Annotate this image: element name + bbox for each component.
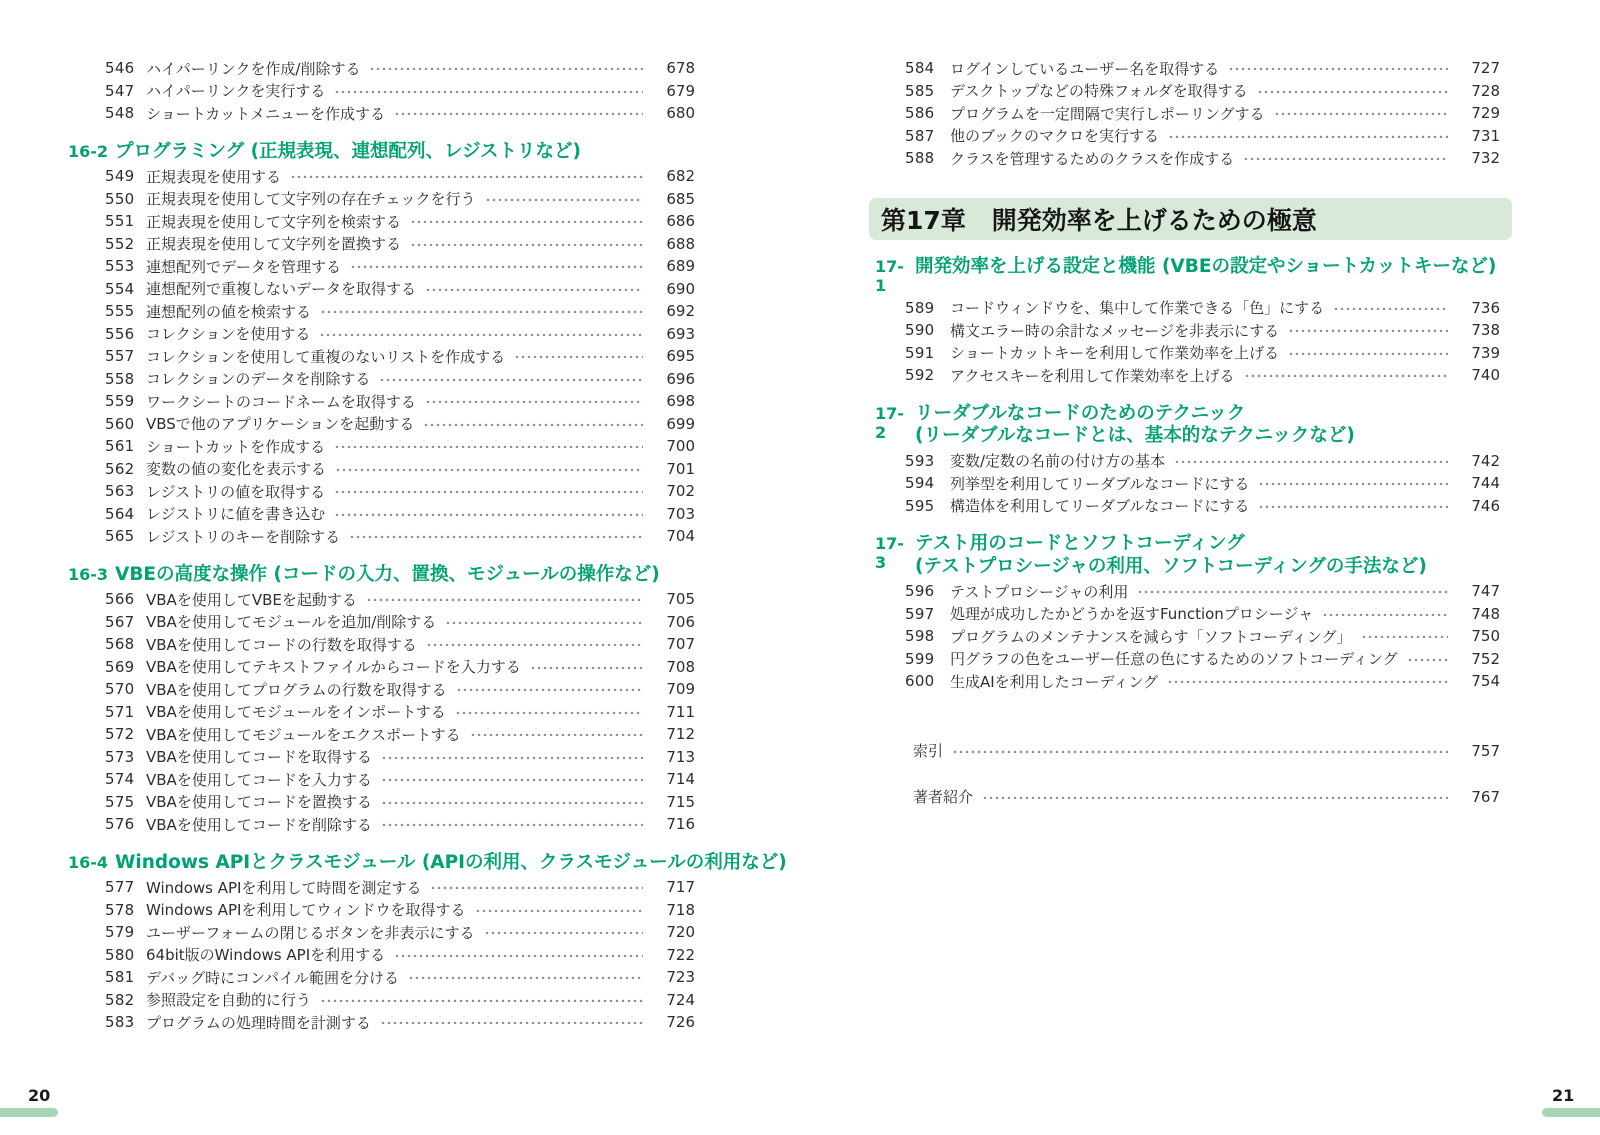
- entry-number: 592: [905, 366, 950, 384]
- toc-entry: 561ショートカットを作成する700: [68, 435, 695, 458]
- toc-left-column: 546ハイパーリンクを作成/削除する678547ハイパーリンクを実行する6795…: [68, 57, 695, 1034]
- toc-entry: 548ショートカットメニューを作成する680: [68, 102, 695, 125]
- toc-entry-group: 566VBAを使用してVBEを起動する705567VBAを使用してモジュールを追…: [68, 588, 695, 836]
- toc-entry: 583プログラムの処理時間を計測する726: [68, 1011, 695, 1034]
- entry-title: 円グラフの色をユーザー任意の色にするためのソフトコーディング: [950, 648, 1398, 669]
- entry-title: ショートカットキーを利用して作業効率を上げる: [950, 342, 1279, 363]
- toc-entry-group: 549正規表現を使用する682550正規表現を使用して文字列の存在チェックを行う…: [68, 165, 695, 548]
- entry-page-number: 707: [653, 635, 695, 653]
- dot-leader: [381, 755, 643, 759]
- entry-number: 583: [105, 1013, 146, 1031]
- entry-page-number: 690: [653, 280, 695, 298]
- entry-title: 正規表現を使用して文字列を置換する: [146, 233, 401, 254]
- toc-entry: 577Windows APIを利用して時間を測定する717: [68, 876, 695, 899]
- entry-title: VBAを使用してコードを入力する: [146, 769, 372, 790]
- dot-leader: [410, 219, 643, 223]
- entry-number: 550: [105, 190, 146, 208]
- entry-number: 579: [105, 923, 146, 941]
- entry-page-number: 718: [653, 901, 695, 919]
- entry-title: 連想配列の値を検索する: [146, 301, 311, 322]
- dot-leader: [380, 1020, 643, 1024]
- toc-entry: 590構文エラー時の余計なメッセージを非表示にする738: [875, 319, 1500, 342]
- toc-entry: 593変数/定数の名前の付け方の基本742: [875, 450, 1500, 473]
- entry-title: 変数の値の変化を表示する: [146, 458, 326, 479]
- entry-page-number: 715: [653, 793, 695, 811]
- entry-title: 連想配列で重複しないデータを取得する: [146, 278, 416, 299]
- page-number-right: 21: [1552, 1086, 1574, 1105]
- entry-page-number: 720: [653, 923, 695, 941]
- entry-number: 549: [105, 167, 146, 185]
- entry-number: 554: [105, 280, 146, 298]
- dot-leader: [1288, 328, 1448, 332]
- dot-leader: [445, 620, 643, 624]
- entry-page-number: 727: [1458, 59, 1500, 77]
- entry-page-number: 708: [653, 658, 695, 676]
- dot-leader: [1243, 156, 1448, 160]
- toc-entry: 556コレクションを使用する693: [68, 323, 695, 346]
- entry-page-number: 685: [653, 190, 695, 208]
- toc-entry: 589コードウィンドウを、集中して作業できる「色」にする736: [875, 297, 1500, 320]
- section-number: 16-3: [68, 565, 115, 584]
- entry-page-number: 705: [653, 590, 695, 608]
- toc-entry: 558コレクションのデータを削除する696: [68, 368, 695, 391]
- toc-entry: 573VBAを使用してコードを取得する713: [68, 746, 695, 769]
- toc-entry: 588クラスを管理するためのクラスを作成する732: [875, 147, 1500, 170]
- dot-leader: [455, 710, 643, 714]
- entry-page-number: 699: [653, 415, 695, 433]
- toc-entry: 600生成AIを利用したコーディング754: [875, 670, 1500, 693]
- entry-number: 573: [105, 748, 146, 766]
- toc-entry: 586プログラムを一定間隔で実行しポーリングする729: [875, 102, 1500, 125]
- entry-title: 連想配列でデータを管理する: [146, 256, 341, 277]
- entry-title: アクセスキーを利用して作業効率を上げる: [950, 365, 1235, 386]
- entry-page-number: 695: [653, 347, 695, 365]
- section-heading: 17-3テスト用のコードとソフトコーディング(テストプロシージャの利用、ソフトコ…: [875, 533, 1500, 578]
- entry-number: 593: [905, 452, 950, 470]
- dot-leader: [475, 908, 643, 912]
- entry-title: ログインしているユーザー名を取得する: [950, 58, 1219, 79]
- entry-title: VBSで他のアプリケーションを起動する: [146, 413, 414, 434]
- dot-leader: [514, 354, 643, 358]
- backmatter-page-number: 767: [1458, 788, 1500, 806]
- toc-entry: 579ユーザーフォームの閉じるボタンを非表示にする720: [68, 921, 695, 944]
- entry-page-number: 739: [1458, 344, 1500, 362]
- toc-entry: 546ハイパーリンクを作成/削除する678: [68, 57, 695, 80]
- backmatter-title: 著者紹介: [913, 786, 973, 807]
- entry-number: 556: [105, 325, 146, 343]
- entry-title: コードウィンドウを、集中して作業できる「色」にする: [950, 297, 1324, 318]
- chapter-title: 開発効率を上げるための極意: [992, 201, 1317, 237]
- entry-title: VBAを使用してモジュールを追加/削除する: [146, 611, 436, 632]
- toc-entry: 599円グラフの色をユーザー任意の色にするためのソフトコーディング752: [875, 648, 1500, 671]
- toc-entry: 551正規表現を使用して文字列を検索する686: [68, 210, 695, 233]
- page-corner-bar-right: [1542, 1108, 1600, 1117]
- entry-title: プログラムを一定間隔で実行しポーリングする: [950, 103, 1265, 124]
- toc-entry: 557コレクションを使用して重複のないリストを作成する695: [68, 345, 695, 368]
- section-title: VBEの高度な操作 (コードの入力、置換、モジュールの操作など): [115, 564, 660, 587]
- dot-leader: [1168, 134, 1448, 138]
- entry-title: VBAを使用してプログラムの行数を取得する: [146, 679, 447, 700]
- entry-page-number: 728: [1458, 82, 1500, 100]
- toc-right-column: 584ログインしているユーザー名を取得する727585デスクトップなどの特殊フォ…: [875, 57, 1500, 808]
- backmatter-title: 索引: [913, 740, 943, 761]
- dot-leader: [1228, 66, 1448, 70]
- entry-page-number: 748: [1458, 605, 1500, 623]
- entry-title: VBAを使用してコードを削除する: [146, 814, 372, 835]
- entry-page-number: 754: [1458, 672, 1500, 690]
- section-title-line: 開発効率を上げる設定と機能 (VBEの設定やショートカットキーなど): [915, 256, 1496, 279]
- entry-title: テストプロシージャの利用: [950, 581, 1128, 602]
- dot-leader: [410, 242, 643, 246]
- dot-leader: [394, 953, 643, 957]
- toc-entry: 575VBAを使用してコードを置換する715: [68, 791, 695, 814]
- entry-title: 構文エラー時の余計なメッセージを非表示にする: [950, 320, 1279, 341]
- dot-leader: [1258, 504, 1448, 508]
- entry-page-number: 717: [653, 878, 695, 896]
- entry-page-number: 686: [653, 212, 695, 230]
- dot-leader: [379, 377, 643, 381]
- entry-number: 582: [105, 991, 146, 1009]
- entry-page-number: 700: [653, 437, 695, 455]
- chapter-heading: 第17章開発効率を上げるための極意: [869, 198, 1512, 240]
- dot-leader: [1174, 459, 1448, 463]
- dot-leader: [350, 264, 643, 268]
- dot-leader: [982, 795, 1448, 799]
- toc-entry: 565レジストリのキーを削除する704: [68, 525, 695, 548]
- entry-title: ハイパーリンクを実行する: [146, 80, 325, 101]
- entry-title: ショートカットメニューを作成する: [146, 103, 385, 124]
- dot-leader: [349, 534, 643, 538]
- entry-number: 566: [105, 590, 146, 608]
- entry-number: 557: [105, 347, 146, 365]
- entry-title: コレクションを使用する: [146, 323, 310, 344]
- entry-number: 548: [105, 104, 146, 122]
- entry-title: デバッグ時にコンパイル範囲を分ける: [146, 967, 399, 988]
- section-number: 16-2: [68, 142, 115, 161]
- entry-page-number: 742: [1458, 452, 1500, 470]
- dot-leader: [1244, 373, 1448, 377]
- entry-number: 591: [905, 344, 950, 362]
- entry-number: 576: [105, 815, 146, 833]
- toc-entry: 552正規表現を使用して文字列を置換する688: [68, 233, 695, 256]
- entry-page-number: 722: [653, 946, 695, 964]
- backmatter-group: 索引757著者紹介767: [875, 740, 1500, 809]
- entry-number: 547: [105, 82, 146, 100]
- entry-page-number: 688: [653, 235, 695, 253]
- entry-number: 599: [905, 650, 950, 668]
- entry-title: 処理が成功したかどうかを返すFunctionプロシージャ: [950, 603, 1313, 624]
- entry-title: プログラムのメンテナンスを減らす「ソフトコーディング」: [950, 626, 1352, 647]
- entry-page-number: 750: [1458, 627, 1500, 645]
- dot-leader: [1288, 351, 1448, 355]
- toc-entry: 566VBAを使用してVBEを起動する705: [68, 588, 695, 611]
- entry-number: 565: [105, 527, 146, 545]
- entry-title: VBAを使用してテキストファイルからコードを入力する: [146, 656, 521, 677]
- entry-number: 569: [105, 658, 146, 676]
- entry-title: Windows APIを利用して時間を測定する: [146, 877, 421, 898]
- entry-page-number: 713: [653, 748, 695, 766]
- toc-entry: 553連想配列でデータを管理する689: [68, 255, 695, 278]
- toc-entry: 574VBAを使用してコードを入力する714: [68, 768, 695, 791]
- toc-entry: 572VBAを使用してモジュールをエクスポートする712: [68, 723, 695, 746]
- entry-number: 588: [905, 149, 950, 167]
- toc-entry: 58064bit版のWindows APIを利用する722: [68, 944, 695, 967]
- dot-leader: [1361, 634, 1448, 638]
- section-heading: 17-1開発効率を上げる設定と機能 (VBEの設定やショートカットキーなど): [875, 256, 1500, 295]
- entry-title: VBAを使用してコードの行数を取得する: [146, 634, 417, 655]
- dot-leader: [334, 512, 643, 516]
- entry-number: 562: [105, 460, 146, 478]
- backmatter-page-number: 757: [1458, 742, 1500, 760]
- entry-number: 585: [905, 82, 950, 100]
- entry-title: VBAを使用してモジュールをインポートする: [146, 701, 446, 722]
- entry-number: 596: [905, 582, 950, 600]
- entry-title: コレクションのデータを削除する: [146, 368, 370, 389]
- entry-number: 563: [105, 482, 146, 500]
- section-title: テスト用のコードとソフトコーディング(テストプロシージャの利用、ソフトコーディン…: [915, 533, 1427, 578]
- entry-title: プログラムの処理時間を計測する: [146, 1012, 371, 1033]
- entry-page-number: 746: [1458, 497, 1500, 515]
- toc-entry: 564レジストリに値を書き込む703: [68, 503, 695, 526]
- entry-page-number: 702: [653, 482, 695, 500]
- dot-leader: [320, 309, 643, 313]
- dot-leader: [334, 444, 643, 448]
- backmatter-row: 索引757: [875, 740, 1500, 763]
- entry-number: 559: [105, 392, 146, 410]
- toc-entry-group: 593変数/定数の名前の付け方の基本742594列挙型を利用してリーダブルなコー…: [875, 450, 1500, 518]
- entry-number: 597: [905, 605, 950, 623]
- toc-entry-group: 584ログインしているユーザー名を取得する727585デスクトップなどの特殊フォ…: [875, 57, 1500, 170]
- toc-entry: 554連想配列で重複しないデータを取得する690: [68, 278, 695, 301]
- toc-entry: 582参照設定を自動的に行う724: [68, 989, 695, 1012]
- entry-number: 546: [105, 59, 146, 77]
- dot-leader: [530, 665, 643, 669]
- toc-entry: 592アクセスキーを利用して作業効率を上げる740: [875, 364, 1500, 387]
- entry-title: ショートカットを作成する: [146, 436, 325, 457]
- section-title-line: Windows APIとクラスモジュール (APIの利用、クラスモジュールの利用…: [115, 852, 787, 875]
- entry-number: 578: [105, 901, 146, 919]
- dot-leader: [290, 174, 643, 178]
- entry-number: 590: [905, 321, 950, 339]
- section-title-line: VBEの高度な操作 (コードの入力、置換、モジュールの操作など): [115, 564, 660, 587]
- entry-title: 変数/定数の名前の付け方の基本: [950, 450, 1165, 471]
- toc-entry: 547ハイパーリンクを実行する679: [68, 80, 695, 103]
- chapter-number: 第17章: [881, 201, 966, 237]
- entry-title: 構造体を利用してリーダブルなコードにする: [950, 495, 1249, 516]
- entry-page-number: 712: [653, 725, 695, 743]
- entry-number: 570: [105, 680, 146, 698]
- entry-number: 561: [105, 437, 146, 455]
- dot-leader: [369, 66, 643, 70]
- entry-page-number: 709: [653, 680, 695, 698]
- toc-entry-group: 596テストプロシージャの利用747597処理が成功したかどうかを返すFunct…: [875, 580, 1500, 693]
- entry-page-number: 714: [653, 770, 695, 788]
- entry-title: VBAを使用してコードを置換する: [146, 791, 372, 812]
- toc-entry: 587他のブックのマクロを実行する731: [875, 125, 1500, 148]
- toc-entry-group: 577Windows APIを利用して時間を測定する717578Windows …: [68, 876, 695, 1034]
- toc-entry: 571VBAを使用してモジュールをインポートする711: [68, 701, 695, 724]
- entry-title: 参照設定を自動的に行う: [146, 989, 311, 1010]
- entry-title: Windows APIを利用してウィンドウを取得する: [146, 899, 466, 920]
- toc-entry: 578Windows APIを利用してウィンドウを取得する718: [68, 899, 695, 922]
- dot-leader: [381, 777, 643, 781]
- entry-page-number: 731: [1458, 127, 1500, 145]
- entry-title: クラスを管理するためのクラスを作成する: [950, 148, 1234, 169]
- page-number-left: 20: [28, 1086, 50, 1105]
- section-heading: 16-4Windows APIとクラスモジュール (APIの利用、クラスモジュー…: [68, 852, 695, 875]
- toc-entry: 562変数の値の変化を表示する701: [68, 458, 695, 481]
- dot-leader: [394, 111, 643, 115]
- entry-title: 正規表現を使用して文字列を検索する: [146, 211, 401, 232]
- section-title: Windows APIとクラスモジュール (APIの利用、クラスモジュールの利用…: [115, 852, 787, 875]
- section-number: 16-4: [68, 853, 115, 872]
- entry-title: レジストリのキーを削除する: [146, 526, 340, 547]
- entry-page-number: 723: [653, 968, 695, 986]
- toc-entry: 550正規表現を使用して文字列の存在チェックを行う685: [68, 188, 695, 211]
- entry-title: 64bit版のWindows APIを利用する: [146, 944, 385, 965]
- entry-page-number: 704: [653, 527, 695, 545]
- entry-title: 正規表現を使用する: [146, 166, 281, 187]
- section-title-line: テスト用のコードとソフトコーディング: [915, 533, 1427, 556]
- section-number: 17-3: [875, 534, 915, 572]
- entry-number: 571: [105, 703, 146, 721]
- toc-entry: 563レジストリの値を取得する702: [68, 480, 695, 503]
- section-title-line: (テストプロシージャの利用、ソフトコーディングの手法など): [915, 556, 1427, 579]
- entry-page-number: 678: [653, 59, 695, 77]
- section-heading: 16-2プログラミング (正規表現、連想配列、レジストリなど): [68, 141, 695, 164]
- entry-page-number: 696: [653, 370, 695, 388]
- entry-number: 584: [905, 59, 950, 77]
- entry-page-number: 740: [1458, 366, 1500, 384]
- entry-number: 577: [105, 878, 146, 896]
- entry-page-number: 744: [1458, 474, 1500, 492]
- toc-entry-group: 589コードウィンドウを、集中して作業できる「色」にする736590構文エラー時…: [875, 297, 1500, 387]
- section-title-line: プログラミング (正規表現、連想配列、レジストリなど): [115, 141, 581, 164]
- toc-entry: 585デスクトップなどの特殊フォルダを取得する728: [875, 80, 1500, 103]
- entry-page-number: 732: [1458, 149, 1500, 167]
- entry-title: ユーザーフォームの閉じるボタンを非表示にする: [146, 922, 475, 943]
- dot-leader: [334, 489, 643, 493]
- dot-leader: [381, 822, 643, 826]
- entry-title: 他のブックのマクロを実行する: [950, 125, 1159, 146]
- section-heading: 16-3VBEの高度な操作 (コードの入力、置換、モジュールの操作など): [68, 564, 695, 587]
- entry-page-number: 682: [653, 167, 695, 185]
- entry-number: 595: [905, 497, 950, 515]
- entry-number: 594: [905, 474, 950, 492]
- entry-number: 572: [105, 725, 146, 743]
- toc-entry: 569VBAを使用してテキストファイルからコードを入力する708: [68, 656, 695, 679]
- toc-entry: 559ワークシートのコードネームを取得する698: [68, 390, 695, 413]
- toc-entry: 597処理が成功したかどうかを返すFunctionプロシージャ748: [875, 603, 1500, 626]
- entry-page-number: 726: [653, 1013, 695, 1031]
- backmatter-row: 著者紹介767: [875, 786, 1500, 809]
- section-title-line: リーダブルなコードのためのテクニック: [915, 403, 1355, 426]
- entry-number: 589: [905, 299, 950, 317]
- section-title: 開発効率を上げる設定と機能 (VBEの設定やショートカットキーなど): [915, 256, 1496, 279]
- entry-page-number: 701: [653, 460, 695, 478]
- entry-title: VBAを使用してモジュールをエクスポートする: [146, 724, 461, 745]
- dot-leader: [1333, 306, 1448, 310]
- entry-page-number: 752: [1458, 650, 1500, 668]
- entry-title: 列挙型を利用してリーダブルなコードにする: [950, 473, 1249, 494]
- toc-entry: 598プログラムのメンテナンスを減らす「ソフトコーディング」750: [875, 625, 1500, 648]
- entry-title: VBAを使用してVBEを起動する: [146, 589, 357, 610]
- entry-title: VBAを使用してコードを取得する: [146, 746, 372, 767]
- entry-number: 555: [105, 302, 146, 320]
- entry-number: 586: [905, 104, 950, 122]
- entry-title: ワークシートのコードネームを取得する: [146, 391, 416, 412]
- toc-entry: 549正規表現を使用する682: [68, 165, 695, 188]
- entry-page-number: 736: [1458, 299, 1500, 317]
- entry-number: 558: [105, 370, 146, 388]
- dot-leader: [425, 399, 643, 403]
- entry-page-number: 738: [1458, 321, 1500, 339]
- dot-leader: [1257, 89, 1448, 93]
- entry-number: 553: [105, 257, 146, 275]
- entry-page-number: 724: [653, 991, 695, 1009]
- toc-entry: 594列挙型を利用してリーダブルなコードにする744: [875, 472, 1500, 495]
- entry-page-number: 703: [653, 505, 695, 523]
- entry-title: デスクトップなどの特殊フォルダを取得する: [950, 80, 1248, 101]
- entry-number: 552: [105, 235, 146, 253]
- dot-leader: [335, 467, 643, 471]
- dot-leader: [425, 287, 643, 291]
- entry-number: 598: [905, 627, 950, 645]
- dot-leader: [1258, 481, 1448, 485]
- dot-leader: [484, 930, 643, 934]
- dot-leader: [456, 687, 643, 691]
- entry-page-number: 692: [653, 302, 695, 320]
- toc-entry-group: 546ハイパーリンクを作成/削除する678547ハイパーリンクを実行する6795…: [68, 57, 695, 125]
- toc-entry: 570VBAを使用してプログラムの行数を取得する709: [68, 678, 695, 701]
- entry-number: 564: [105, 505, 146, 523]
- entry-title: レジストリの値を取得する: [146, 481, 325, 502]
- entry-page-number: 680: [653, 104, 695, 122]
- dot-leader: [423, 422, 643, 426]
- dot-leader: [366, 597, 643, 601]
- entry-page-number: 689: [653, 257, 695, 275]
- entry-title: 正規表現を使用して文字列の存在チェックを行う: [146, 188, 476, 209]
- dot-leader: [485, 197, 643, 201]
- toc-entry: 560VBSで他のアプリケーションを起動する699: [68, 413, 695, 436]
- toc-entry: 576VBAを使用してコードを削除する716: [68, 813, 695, 836]
- entry-title: 生成AIを利用したコーディング: [950, 671, 1158, 692]
- dot-leader: [319, 332, 643, 336]
- entry-page-number: 729: [1458, 104, 1500, 122]
- toc-entry: 567VBAを使用してモジュールを追加/削除する706: [68, 611, 695, 634]
- dot-leader: [1274, 111, 1448, 115]
- toc-entry: 591ショートカットキーを利用して作業効率を上げる739: [875, 342, 1500, 365]
- entry-page-number: 747: [1458, 582, 1500, 600]
- entry-number: 581: [105, 968, 146, 986]
- entry-number: 568: [105, 635, 146, 653]
- entry-page-number: 693: [653, 325, 695, 343]
- entry-page-number: 698: [653, 392, 695, 410]
- entry-page-number: 711: [653, 703, 695, 721]
- entry-title: ハイパーリンクを作成/削除する: [146, 58, 360, 79]
- toc-entry: 581デバッグ時にコンパイル範囲を分ける723: [68, 966, 695, 989]
- dot-leader: [334, 89, 643, 93]
- toc-entry: 584ログインしているユーザー名を取得する727: [875, 57, 1500, 80]
- dot-leader: [320, 998, 643, 1002]
- toc-entry: 568VBAを使用してコードの行数を取得する707: [68, 633, 695, 656]
- dot-leader: [408, 975, 643, 979]
- entry-number: 560: [105, 415, 146, 433]
- section-number: 17-1: [875, 257, 915, 295]
- dot-leader: [1137, 589, 1448, 593]
- entry-title: レジストリに値を書き込む: [146, 503, 325, 524]
- entry-number: 587: [905, 127, 950, 145]
